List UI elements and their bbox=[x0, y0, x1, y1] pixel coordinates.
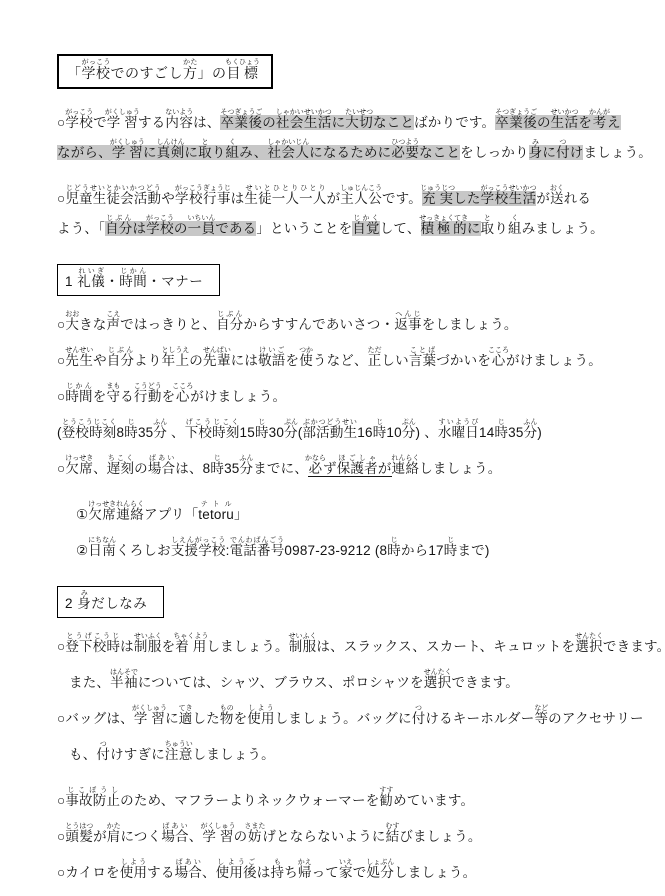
ruby-run: 持も bbox=[270, 865, 284, 880]
furigana: せいとひとりひとり bbox=[244, 185, 326, 192]
base-text: 声 bbox=[106, 317, 120, 332]
text-run: みましょう。 bbox=[522, 221, 604, 236]
ruby-run: 選択せんたく bbox=[575, 639, 603, 654]
ruby-run: 場合ばあい bbox=[148, 461, 175, 476]
base-text: 分 bbox=[153, 425, 167, 440]
text-run: 15 bbox=[240, 425, 255, 440]
base-text: 内容 bbox=[165, 115, 193, 130]
base-text: 場合 bbox=[161, 829, 188, 844]
furigana: でんわばんごう bbox=[230, 537, 285, 544]
ruby-run: 学校がっこう bbox=[82, 65, 111, 81]
ruby-run: 内容ないよう bbox=[165, 115, 193, 130]
text-run: ・ bbox=[105, 274, 119, 289]
furigana: かなら bbox=[305, 455, 326, 462]
base-text: 物 bbox=[220, 711, 234, 726]
ruby-run: 学習がくしゅう bbox=[107, 115, 138, 130]
furigana: かえ bbox=[298, 859, 312, 866]
ruby-run: 事故防止じこぼうし bbox=[65, 793, 120, 808]
furigana: じ bbox=[444, 537, 458, 544]
text-run: した bbox=[453, 191, 480, 206]
furigana: がくしゅう bbox=[105, 109, 140, 116]
furigana: せいかつ bbox=[551, 109, 579, 116]
text-run: より bbox=[134, 353, 161, 368]
base-text: 目標 bbox=[225, 65, 260, 81]
text-line: ○欠席けっせき、遅刻ちこくの場合ばあいは、8時じ35分ふんまでに、必かならず保護… bbox=[57, 455, 665, 482]
text-run: ではっきりと、 bbox=[120, 317, 216, 332]
base-text: 結 bbox=[385, 829, 399, 844]
text-run: づかいを bbox=[436, 353, 491, 368]
furigana: せんたく bbox=[424, 669, 452, 676]
ruby-run: 充実じゅうじつ bbox=[422, 191, 453, 206]
base-text: 積極的 bbox=[419, 221, 468, 236]
text-run: は bbox=[120, 639, 134, 654]
text-line: も、付つけすぎに注意ちゅういしましょう。 bbox=[57, 741, 665, 768]
ruby-run: 時じ bbox=[210, 461, 224, 476]
text-run: の bbox=[134, 461, 148, 476]
text-line: ○頭髪とうはつが肩かたにつく場合ばあい、学習がくしゅうの妨さまたげとならないよう… bbox=[57, 823, 665, 850]
furigana: せいふく bbox=[289, 633, 317, 640]
base-text: 日南 bbox=[88, 543, 116, 558]
ruby-run: 時じ bbox=[494, 425, 508, 440]
base-text: 注意 bbox=[165, 747, 193, 762]
furigana: おお bbox=[65, 311, 79, 318]
text-run: がけましょう。 bbox=[506, 353, 602, 368]
text-run: ながら、 bbox=[57, 145, 112, 160]
text-run: ○バッグは、 bbox=[57, 711, 134, 726]
base-text: 守 bbox=[106, 389, 120, 404]
base-text: 制服 bbox=[134, 639, 162, 654]
furigana: もくひょう bbox=[225, 59, 260, 66]
text-run: 35 bbox=[224, 461, 239, 476]
ruby-run: 時じ bbox=[255, 425, 269, 440]
furigana: しよう bbox=[120, 859, 147, 866]
ruby-run: 自覚じかく bbox=[352, 221, 379, 236]
furigana: ばあい bbox=[175, 859, 202, 866]
ruby-run: 必かなら bbox=[308, 461, 323, 477]
text-run: については、シャツ、ブラウス、ポロシャツを bbox=[138, 675, 424, 690]
text-run: をしましょう。 bbox=[422, 317, 518, 332]
base-text: 組 bbox=[508, 221, 522, 236]
base-text: 使用後 bbox=[216, 865, 257, 880]
base-text: 組 bbox=[226, 145, 240, 160]
furigana: けっせきれんらく bbox=[88, 501, 144, 508]
base-text: 児童生徒会活動 bbox=[65, 191, 161, 206]
document-title-box: 「学校がっこうでのすごし方かた」の目標もくひょう bbox=[57, 54, 273, 89]
ruby-run: 時じ bbox=[124, 425, 138, 440]
text-run: 2 bbox=[65, 596, 77, 611]
section-heading-box: 1 礼儀れいぎ・時間じかん・マナー bbox=[57, 264, 220, 296]
text-run: しましょう。 bbox=[193, 747, 275, 762]
furigana: むす bbox=[385, 823, 399, 830]
base-text: 学校 bbox=[82, 65, 111, 81]
ruby-run: 声こえ bbox=[106, 317, 120, 332]
ruby-run: 学校行事がっこうぎょうじ bbox=[175, 191, 231, 206]
text-run: しい bbox=[381, 353, 408, 368]
base-text: 社会生活 bbox=[276, 115, 332, 130]
furigana: しょぶん bbox=[366, 859, 394, 866]
text-run: も、 bbox=[69, 747, 96, 762]
ruby-run: 分ふん bbox=[240, 461, 254, 476]
text-run: 35 bbox=[508, 425, 523, 440]
text-run: って bbox=[312, 865, 339, 880]
text-run: る bbox=[120, 389, 134, 404]
text-run: びましょう。 bbox=[399, 829, 481, 844]
text-run: で bbox=[353, 865, 367, 880]
ruby-run: 社会人しゃかいじん bbox=[267, 145, 309, 160]
furigana: しゅじんこう bbox=[340, 185, 382, 192]
text-run: しましょう。バッグに bbox=[275, 711, 412, 726]
ruby-run: 登下校時とうげこうじ bbox=[65, 639, 120, 654]
base-text: 学習 bbox=[105, 115, 140, 130]
furigana: じ bbox=[387, 537, 401, 544]
text-line: また、半袖はんそでについては、シャツ、ブラウス、ポロシャツを選択せんたくできます… bbox=[57, 669, 665, 696]
text-run: アプリ「 bbox=[144, 507, 198, 522]
text-run: 30 bbox=[269, 425, 284, 440]
text-run: は bbox=[132, 221, 146, 236]
ruby-run: 卒業後そつぎょうご bbox=[220, 115, 262, 130]
ruby-run: 分ぷん bbox=[402, 425, 416, 440]
text-run: になるために bbox=[309, 145, 391, 160]
base-text: 使用 bbox=[247, 711, 274, 726]
base-text: 事故防止 bbox=[65, 793, 120, 808]
base-text: 着用 bbox=[173, 639, 208, 654]
text-run: 1 bbox=[65, 274, 77, 289]
base-text: 半袖 bbox=[110, 675, 138, 690]
text-line: ○事故防止じこぼうしのため、マフラーよりネックウォーマーを勧すすめています。 bbox=[57, 787, 665, 814]
furigana: けいご bbox=[258, 347, 285, 354]
base-text: 主人公 bbox=[340, 191, 382, 206]
text-run: ② bbox=[76, 543, 88, 558]
ruby-run: 先輩せんぱい bbox=[203, 353, 231, 368]
ruby-run: 児童生徒会活動じどうせいとかいかつどう bbox=[65, 191, 161, 206]
ruby-run: 使用しよう bbox=[120, 865, 147, 880]
base-text: 欠席 bbox=[65, 461, 93, 476]
ruby-run: 心こころ bbox=[491, 353, 506, 368]
text-run: のため、マフラーよりネックウォーマーを bbox=[120, 793, 379, 808]
base-text: 場合 bbox=[175, 865, 202, 880]
furigana: ただ bbox=[368, 347, 382, 354]
base-text: 制服 bbox=[289, 639, 317, 654]
ruby-run: 分ぷん bbox=[284, 425, 298, 440]
ruby-run: 時じ bbox=[444, 543, 458, 558]
base-text: 敬語 bbox=[258, 353, 285, 368]
ruby-run: 真剣しんけん bbox=[157, 145, 185, 160]
base-text: 等 bbox=[534, 711, 548, 726]
text-line: ②日南にちなんくろしお支援学校しえんがっこう:電話番号でんわばんごう0987-2… bbox=[57, 537, 665, 564]
text-run: しましょう。 bbox=[206, 639, 288, 654]
base-text: 下校時刻 bbox=[185, 425, 240, 440]
ruby-run: 分ふん bbox=[524, 425, 538, 440]
base-text: 正 bbox=[368, 353, 382, 368]
text-run: は bbox=[231, 191, 245, 206]
text-run: が bbox=[93, 829, 107, 844]
base-text: 自分 bbox=[105, 221, 132, 236]
base-text: 頭髪 bbox=[65, 829, 93, 844]
furigana: じこぼうし bbox=[65, 787, 120, 794]
furigana: ちこく bbox=[107, 455, 134, 462]
ruby-run: 身み bbox=[529, 145, 543, 160]
text-run: きな bbox=[79, 317, 106, 332]
text-run: 」 bbox=[234, 507, 248, 522]
text-run: に bbox=[143, 145, 157, 160]
text-run: り bbox=[494, 221, 508, 236]
ruby-run: 先生せんせい bbox=[65, 353, 93, 368]
base-text: 学習 bbox=[201, 829, 236, 844]
base-text: tetoru bbox=[198, 507, 234, 522]
furigana: とうこうじこく bbox=[62, 419, 117, 426]
ruby-run: 自分じぶん bbox=[105, 221, 132, 236]
text-run: に bbox=[332, 115, 346, 130]
text-run: のアクセサリー bbox=[548, 711, 644, 726]
furigana: じどうせいとかいかつどう bbox=[65, 185, 161, 192]
text-run: 」ということを bbox=[256, 221, 352, 236]
text-run: 14 bbox=[479, 425, 494, 440]
text-run: 、 bbox=[93, 461, 107, 476]
base-text: 充実 bbox=[420, 191, 455, 206]
text-run: でのすごし bbox=[111, 65, 184, 81]
furigana: つか bbox=[299, 347, 313, 354]
document-page: 「学校がっこうでのすごし方かた」の目標もくひょう○学校がっこうで学習がくしゅうす… bbox=[0, 0, 665, 886]
ruby-run: 考かんが bbox=[592, 115, 607, 130]
text-run: や bbox=[93, 353, 107, 368]
ruby-run: 着用ちゃくよう bbox=[175, 639, 206, 654]
ruby-run: 支援学校しえんがっこう bbox=[171, 543, 226, 558]
base-text: 社会人 bbox=[267, 145, 309, 160]
furigana: み bbox=[529, 139, 543, 146]
ruby-run: 物もの bbox=[220, 711, 234, 726]
ruby-run: 敬語けいご bbox=[258, 353, 285, 368]
ruby-run: 処分しょぶん bbox=[366, 865, 394, 880]
furigana: ぷん bbox=[402, 419, 416, 426]
base-text: 学校生活 bbox=[480, 191, 536, 206]
furigana: じぶん bbox=[107, 347, 134, 354]
furigana: かんが bbox=[589, 109, 610, 116]
text-run: は、 bbox=[193, 115, 220, 130]
text-line: ①欠席連絡けっせきれんらくアプリ「tetoruテトル」 bbox=[57, 501, 665, 528]
furigana: じゅうじつ bbox=[420, 185, 455, 192]
ruby-run: 欠席けっせき bbox=[65, 461, 93, 476]
base-text: 時 bbox=[210, 461, 224, 476]
text-run: り bbox=[212, 145, 226, 160]
ruby-run: 生活せいかつ bbox=[551, 115, 579, 130]
text-run: うなど、 bbox=[313, 353, 368, 368]
base-text: 帰 bbox=[298, 865, 312, 880]
furigana: つ bbox=[96, 741, 110, 748]
text-run: ・マナー bbox=[147, 274, 203, 289]
furigana: せんせい bbox=[65, 347, 93, 354]
text-run: に bbox=[184, 145, 198, 160]
ruby-run: 頭髪とうはつ bbox=[65, 829, 93, 844]
furigana: こころ bbox=[488, 347, 509, 354]
furigana: ないよう bbox=[165, 109, 193, 116]
ruby-run: 身み bbox=[77, 596, 91, 611]
text-run: 」の bbox=[198, 65, 227, 81]
text-run: して、 bbox=[380, 221, 421, 236]
ruby-run: 取と bbox=[198, 145, 212, 160]
furigana: と bbox=[198, 139, 212, 146]
ruby-run: 守まも bbox=[106, 389, 120, 404]
ruby-run: 大切たいせつ bbox=[345, 115, 373, 130]
furigana: テトル bbox=[198, 501, 234, 508]
furigana: く bbox=[508, 215, 522, 222]
ruby-run: 学習がくしゅう bbox=[112, 145, 143, 160]
base-text: 必要 bbox=[391, 145, 419, 160]
ruby-run: 肩かた bbox=[107, 829, 121, 844]
text-run: に bbox=[542, 145, 556, 160]
base-text: 付 bbox=[96, 747, 110, 762]
base-text: 時間 bbox=[119, 274, 147, 289]
ruby-run: 心こころ bbox=[175, 389, 190, 404]
furigana: じかく bbox=[352, 215, 379, 222]
furigana: じ bbox=[255, 419, 269, 426]
base-text: 学習 bbox=[110, 145, 145, 160]
furigana: そつぎょうご bbox=[495, 109, 537, 116]
text-line: ○大おおきな声こえではっきりと、自分じぶんからすすんであいさつ・返事へんじをしま… bbox=[57, 311, 665, 338]
furigana: じ bbox=[124, 419, 138, 426]
base-text: 年上 bbox=[161, 353, 189, 368]
furigana: じぶん bbox=[216, 311, 243, 318]
text-line: ○児童生徒会活動じどうせいとかいかつどうや学校行事がっこうぎょうじは生徒一人一人… bbox=[57, 185, 665, 212]
text-run: しましょう。 bbox=[419, 461, 501, 476]
ruby-run: 注意ちゅうい bbox=[165, 747, 193, 762]
base-text: 連絡 bbox=[391, 461, 419, 476]
text-run: まで) bbox=[457, 543, 489, 558]
text-run: なこと bbox=[419, 145, 460, 160]
ruby-run: 選択せんたく bbox=[424, 675, 452, 690]
furigana: ばあい bbox=[148, 455, 175, 462]
text-run: しましょう。 bbox=[394, 865, 476, 880]
furigana: がくしゅう bbox=[110, 139, 145, 146]
ruby-run: 自分じぶん bbox=[216, 317, 243, 332]
base-text: 使用 bbox=[120, 865, 147, 880]
base-text: 勧 bbox=[379, 793, 393, 808]
text-line: よう、「自分じぶんは学校がっこうの一員いちいんである」ということを自覚じかくして… bbox=[57, 215, 665, 242]
ruby-run: 電話番号でんわばんごう bbox=[230, 543, 285, 558]
base-text: 一員 bbox=[187, 221, 215, 236]
text-run: は bbox=[257, 865, 271, 880]
base-text: 分 bbox=[523, 425, 537, 440]
base-text: 取 bbox=[198, 145, 212, 160]
ruby-run: 卒業後そつぎょうご bbox=[495, 115, 537, 130]
text-run: は、8 bbox=[175, 461, 210, 476]
text-run: また、 bbox=[69, 675, 110, 690]
furigana: まも bbox=[106, 383, 120, 390]
section-heading-box: 2 身みだしなみ bbox=[57, 586, 164, 618]
furigana: さまた bbox=[244, 823, 265, 830]
furigana: けっせき bbox=[65, 455, 93, 462]
text-run: ○カイロを bbox=[57, 865, 120, 880]
base-text: 学校行事 bbox=[175, 191, 231, 206]
furigana: ひつよう bbox=[391, 139, 419, 146]
text-run: げとならないように bbox=[262, 829, 385, 844]
base-text: 場合 bbox=[148, 461, 175, 476]
ruby-run: 必要ひつよう bbox=[391, 145, 419, 160]
ruby-run: 制服せいふく bbox=[289, 639, 317, 654]
base-text: 自分 bbox=[107, 353, 134, 368]
text-run: 16 bbox=[357, 425, 372, 440]
text-line: ○時間じかんを守まもる行動こうどうを心こころがけましょう。 bbox=[57, 383, 665, 410]
ruby-run: 方かた bbox=[183, 65, 198, 81]
ruby-run: 欠席連絡けっせきれんらく bbox=[88, 507, 144, 522]
ruby-run: 目標もくひょう bbox=[227, 65, 261, 81]
furigana: ふん bbox=[153, 419, 167, 426]
furigana: せいふく bbox=[134, 633, 162, 640]
text-run: み、 bbox=[239, 145, 267, 160]
furigana: じ bbox=[494, 419, 508, 426]
base-text: 保護者 bbox=[337, 461, 378, 476]
base-text: 先輩 bbox=[203, 353, 231, 368]
furigana: しゃかいせいかつ bbox=[276, 109, 332, 116]
ruby-run: 妨さまた bbox=[247, 829, 262, 844]
text-run: できます。 bbox=[451, 675, 518, 690]
furigana: がっこうせいかつ bbox=[480, 185, 536, 192]
furigana: せっきょくてき bbox=[419, 215, 468, 222]
text-run: の bbox=[537, 115, 551, 130]
text-run: 「 bbox=[67, 65, 82, 81]
ruby-run: 帰かえ bbox=[298, 865, 312, 880]
base-text: 大 bbox=[65, 317, 79, 332]
base-text: 家 bbox=[339, 865, 353, 880]
base-text: 学校 bbox=[146, 221, 174, 236]
ruby-run: 言葉ことば bbox=[409, 353, 436, 368]
text-run: 、 bbox=[202, 865, 216, 880]
ruby-run: 制服せいふく bbox=[134, 639, 162, 654]
text-line: ○カイロを使用しようする場合ばあい、使用後しようごは持もち帰かえって家いえで処分… bbox=[57, 859, 665, 886]
text-run: する bbox=[138, 115, 165, 130]
base-text: 言葉 bbox=[409, 353, 436, 368]
text-run: につく bbox=[120, 829, 161, 844]
ruby-run: 下校時刻げこうじこく bbox=[185, 425, 240, 440]
ruby-run: 付つ bbox=[556, 145, 570, 160]
text-run: が bbox=[536, 191, 550, 206]
base-text: 電話番号 bbox=[230, 543, 285, 558]
furigana: がくしゅう bbox=[201, 823, 236, 830]
furigana: しよう bbox=[247, 705, 274, 712]
furigana: じぶん bbox=[105, 215, 132, 222]
ruby-run: 使用しよう bbox=[247, 711, 274, 726]
text-run: だしなみ bbox=[91, 596, 147, 611]
text-line: ○学校がっこうで学習がくしゅうする内容ないようは、卒業後そつぎょうごの社会生活し… bbox=[57, 109, 665, 136]
base-text: 行動 bbox=[134, 389, 162, 404]
base-text: 支援学校 bbox=[171, 543, 226, 558]
ruby-run: 組く bbox=[226, 145, 240, 160]
furigana: かた bbox=[107, 823, 121, 830]
furigana: つ bbox=[412, 705, 426, 712]
text-run: けすぎに bbox=[110, 747, 165, 762]
text-run: めています。 bbox=[393, 793, 474, 808]
base-text: 選択 bbox=[424, 675, 452, 690]
furigana: しんけん bbox=[157, 139, 185, 146]
furigana: にちなん bbox=[88, 537, 116, 544]
base-text: 方 bbox=[183, 65, 198, 81]
ruby-run: 日南にちなん bbox=[88, 543, 116, 558]
ruby-run: 大おお bbox=[65, 317, 79, 332]
base-text: 先生 bbox=[65, 353, 93, 368]
furigana: がっこう bbox=[65, 109, 93, 116]
ruby-run: 場合ばあい bbox=[175, 865, 202, 880]
text-run: 、 bbox=[167, 425, 185, 440]
base-text: 身 bbox=[77, 596, 91, 611]
ruby-run: 学校がっこう bbox=[146, 221, 174, 236]
text-run: できます。 bbox=[603, 639, 665, 654]
ruby-run: 正ただ bbox=[368, 353, 382, 368]
ruby-run: 生徒一人一人せいとひとりひとり bbox=[244, 191, 326, 206]
base-text: 欠席連絡 bbox=[88, 507, 144, 522]
ruby-run: 一員いちいん bbox=[188, 221, 216, 236]
base-text: 生徒一人一人 bbox=[244, 191, 326, 206]
base-text: 遅刻 bbox=[107, 461, 134, 476]
base-text: 持 bbox=[270, 865, 284, 880]
